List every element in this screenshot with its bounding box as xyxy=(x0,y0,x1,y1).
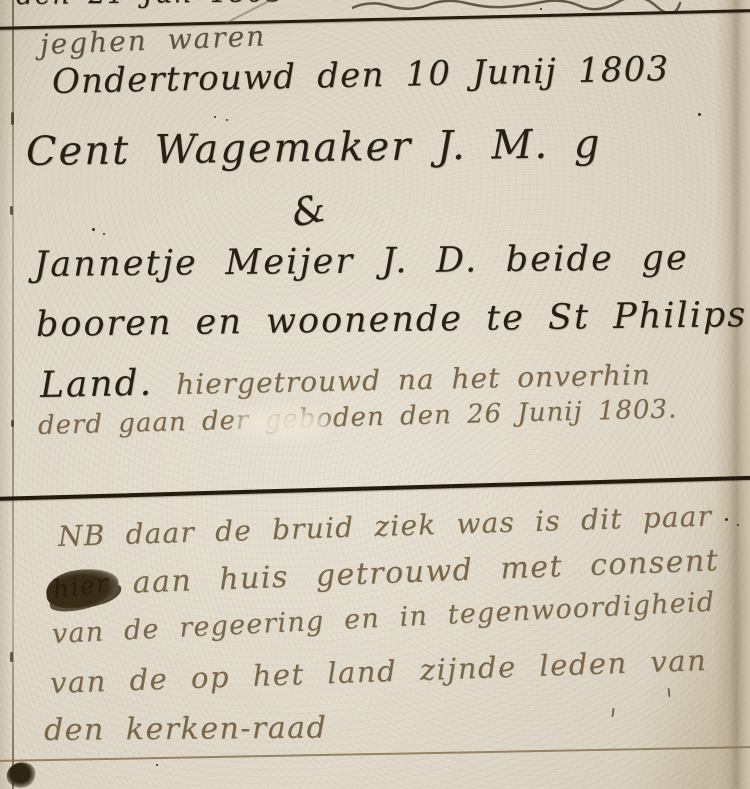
ink-speck xyxy=(156,764,158,766)
marriage-note: hiergetrouwd na het onverhin xyxy=(176,358,651,401)
register-page: den 21 Jun 1803 jeghen waren Ondertrouwd… xyxy=(0,0,750,789)
previous-entry-date-fragment: den 21 Jun 1803 xyxy=(16,0,285,11)
page-edge-shadow xyxy=(714,0,750,789)
residence-end-word: Land. xyxy=(40,363,154,406)
ink-tick xyxy=(668,688,671,697)
margin-tick xyxy=(11,112,14,125)
ink-tick xyxy=(611,708,614,717)
ink-blot: hier xyxy=(44,565,121,611)
ampersand: & xyxy=(288,187,330,235)
betrothal-heading: Ondertrouwd den 10 Junij 1803 xyxy=(52,51,670,101)
ink-speck xyxy=(92,228,95,231)
residence-line: booren en woonende te St Philips xyxy=(36,296,748,344)
paper-stain xyxy=(235,408,330,440)
nota-bene-line-5: den kerken-raad xyxy=(44,712,328,747)
nota-bene-line-1: NB daar de bruid ziek was is dit paar xyxy=(58,501,713,552)
ink-speck xyxy=(737,524,739,526)
ink-speck xyxy=(226,119,228,121)
groom-name-line: Cent Wagemaker J. M. g xyxy=(26,122,602,174)
bottom-divider-rule xyxy=(0,746,750,762)
margin-tick xyxy=(10,206,13,215)
margin-tick xyxy=(10,652,13,662)
bride-name-line: Jannetje Meijer J. D. beide ge xyxy=(34,239,689,284)
nota-bene-line-4: van de op het land zijnde leden van xyxy=(49,645,707,700)
previous-entry-closing-words: jeghen waren xyxy=(39,21,266,60)
ink-speck xyxy=(103,233,105,235)
section-divider-rule xyxy=(0,475,750,500)
margin-tick xyxy=(11,420,14,427)
ink-speck xyxy=(698,113,701,116)
ink-speck xyxy=(725,518,728,521)
ink-speck xyxy=(214,116,216,118)
ink-speck xyxy=(540,8,542,10)
